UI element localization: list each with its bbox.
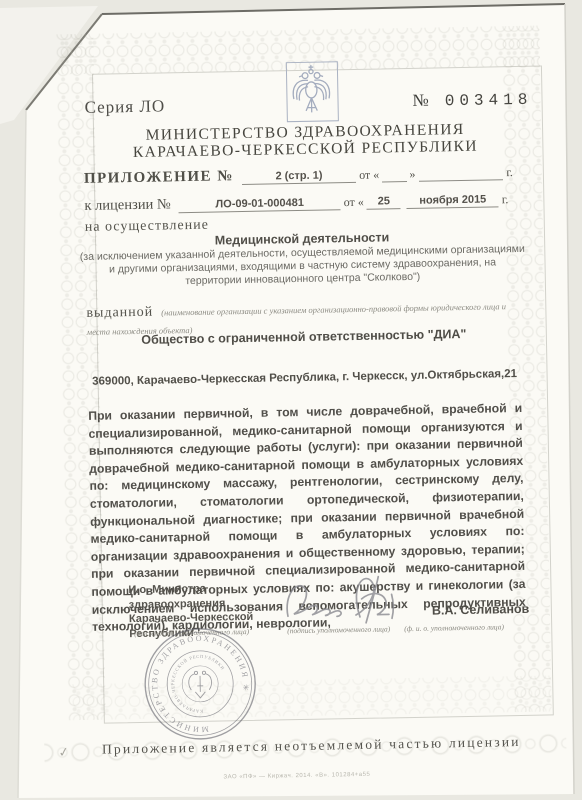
license-number-value: ЛО-09-01-000481 (179, 196, 341, 213)
license-monthyear-value: ноября 2015 (407, 193, 499, 209)
emblem-box (286, 61, 339, 122)
appendix-number-value: 2 (стр. 1) (242, 169, 357, 185)
appendix-year-suffix: г. (503, 165, 516, 180)
footer-note: Приложение является неотъемлемой частью … (66, 733, 556, 758)
signer-name: В.А. Селиванов (432, 602, 530, 618)
printer-microprint: ЗАО «ПФ» — Киржач. 2014. «В». 101284+а55 (147, 770, 447, 781)
license-from-label: от « (341, 195, 367, 210)
number-digits: 003418 (445, 91, 533, 111)
license-year-suffix: г. (499, 192, 512, 207)
license-label: к лицензии № (84, 196, 171, 215)
appendix-monthyear-value (419, 179, 504, 182)
license-day-value: 25 (367, 195, 401, 210)
appendix-number-row: ПРИЛОЖЕНИЕ № 2 (стр. 1) от « » г. (84, 163, 516, 188)
scanned-license-appendix: Серия ЛО №003 (0, 0, 582, 800)
coat-of-arms-eagle-icon (287, 62, 336, 119)
pen-checkmark: ✓ (57, 744, 70, 762)
activity-subtitle: (за исключением указанной деятельности, … (47, 242, 558, 290)
document-number: №003418 (412, 89, 532, 111)
number-sign: № (412, 91, 429, 110)
signature-note: (подпись уполномоченного лица) (287, 624, 390, 635)
series-label: Серия ЛО (84, 96, 165, 117)
appendix-quote-close: » (406, 167, 418, 182)
ministry-seal: МИНИСТЕРСТВО ЗДРАВООХРАНЕНИЯ ✳ КАРАЧАЕВО… (142, 626, 258, 742)
signature-stroke (281, 570, 412, 630)
document-content: Серия ЛО №003 (0, 0, 582, 800)
seal-center-emblem-icon (189, 671, 212, 698)
organization-address: 369000, Карачаево-Черкесская Республика,… (60, 367, 550, 388)
license-number-row: к лицензии № ЛО-09-01-000481 от « 25 ноя… (84, 190, 516, 215)
grantee-label: выданной (86, 305, 153, 321)
signer-name-note: (ф. и. о. уполномоченного лица) (404, 622, 504, 633)
appendix-from-label: от « (356, 167, 382, 182)
ministry-title: МИНИСТЕРСТВО ЗДРАВООХРАНЕНИЯ КАРАЧАЕВО-Ч… (55, 119, 556, 162)
appendix-day-value (382, 181, 406, 182)
appendix-label: ПРИЛОЖЕНИЕ № (84, 168, 234, 188)
